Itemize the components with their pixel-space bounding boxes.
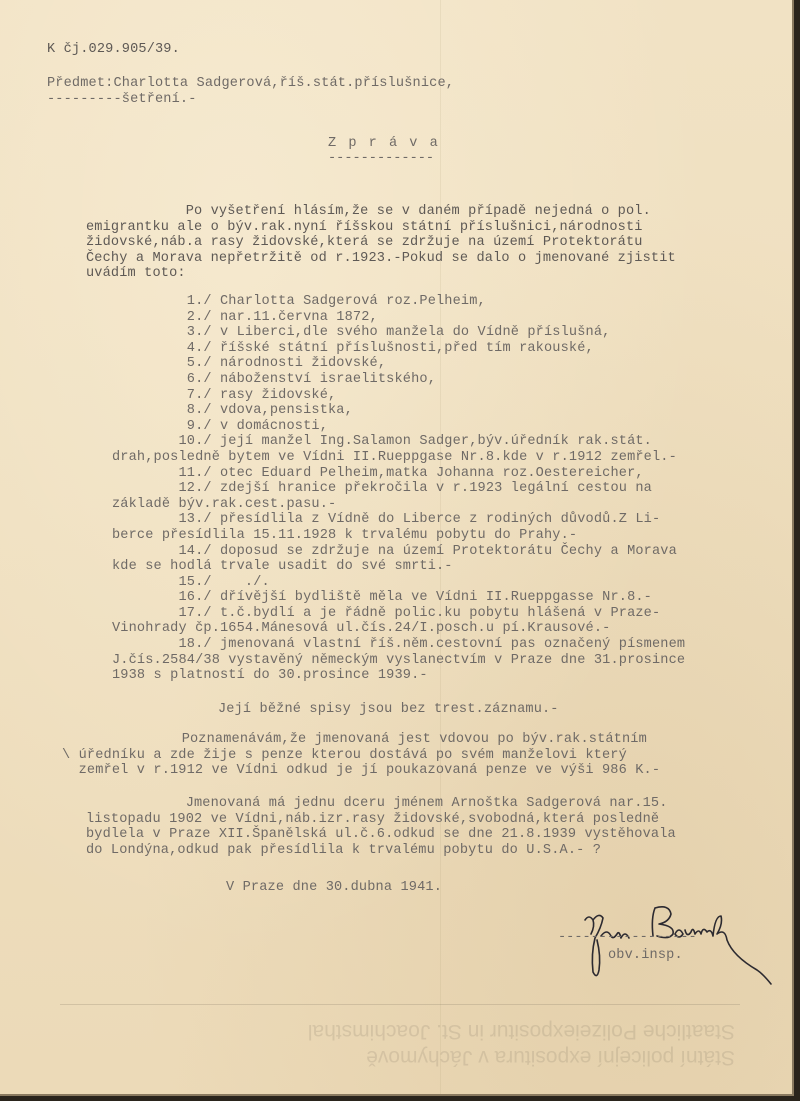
list-line: berce přesídlila 15.11.1928 k trvalému p… [112, 528, 685, 544]
list-line: 14./ doposud se zdržuje na území Protekt… [112, 544, 685, 560]
intro-paragraph: Po vyšetření hlásím,že se v daném případ… [86, 204, 676, 282]
numbered-list: 1./ Charlotta Sadgerová roz.Pelheim, 2./… [112, 294, 685, 684]
paragraph-line: Po vyšetření hlásím,že se v daném případ… [86, 204, 676, 220]
subject-block: Předmet:Charlotta Sadgerová,říš.stát.pří… [47, 76, 454, 107]
list-line: kde se hodlá trvale usadit do své smrti.… [112, 559, 685, 575]
list-line: 6./ náboženství israelitského, [112, 372, 685, 388]
list-line: drah,posledně bytem ve Vídni II.Rueppgas… [112, 450, 685, 466]
list-line: 9./ v domácnosti, [112, 419, 685, 435]
list-line: 4./ říšské státní příslušnosti,před tím … [112, 341, 685, 357]
list-line: 13./ přesídlila z Vídně do Liberce z rod… [112, 512, 685, 528]
list-line: 1938 s platností do 30.prosince 1939.- [112, 668, 685, 684]
list-line: 1./ Charlotta Sadgerová roz.Pelheim, [112, 294, 685, 310]
list-line: 18./ jmenovaná vlastní říš.něm.cestovní … [112, 637, 685, 653]
report-title: Z p r á v a [328, 136, 440, 152]
list-line: 15./ ./. [112, 575, 685, 591]
paragraph-line: Čechy a Morava nepřetržitě od r.1923.-Po… [86, 251, 676, 267]
paragraph-line: do Londýna,odkud pak přesídlila k trvalé… [86, 843, 676, 859]
bleed-line: Staatliche Polizeiexpositur in St. Joach… [95, 1018, 735, 1044]
list-line: 11./ otec Eduard Pelheim,matka Johanna r… [112, 466, 685, 482]
subject-line: ---------šetření.- [47, 92, 454, 108]
title-underline: ------------- [328, 151, 434, 167]
subject-line: Předmet:Charlotta Sadgerová,říš.stát.pří… [47, 76, 454, 92]
list-line: 10./ její manžel Ing.Salamon Sadger,býv.… [112, 434, 685, 450]
list-line: 12./ zdejší hranice překročila v r.1923 … [112, 481, 685, 497]
list-line: 7./ rasy židovské, [112, 388, 685, 404]
paragraph-line: uvádím toto: [86, 266, 676, 282]
list-line: 2./ nar.11.června 1872, [112, 310, 685, 326]
pension-paragraph: Poznamenávám,že jmenovaná jest vdovou po… [62, 732, 660, 779]
list-line: základě býv.rak.cest.pasu.- [112, 497, 685, 513]
document-page: K čj.029.905/39. Předmet:Charlotta Sadge… [0, 0, 794, 1096]
list-line: 5./ národnosti židovské, [112, 356, 685, 372]
list-line: 3./ v Liberci,dle svého manžela do Vídně… [112, 325, 685, 341]
paragraph-line: Poznamenávám,že jmenovaná jest vdovou po… [62, 732, 660, 748]
paragraph-line: bydlela v Praze XII.Španělská ul.č.6.odk… [86, 827, 676, 843]
list-line: 8./ vdova,pensistka, [112, 403, 685, 419]
paragraph-line: emigrantku ale o býv.rak.nyní říšskou st… [86, 220, 676, 236]
signature-dash-line: ----------------- [558, 930, 697, 946]
list-line: J.čís.2584/38 vystavěný německým vyslane… [112, 653, 685, 669]
reverse-stamp-bleed-through: Státní policejní expositura v JáchymověS… [95, 1018, 735, 1070]
list-line: 17./ t.č.bydlí a je řádně polic.ku pobyt… [112, 606, 685, 622]
list-line: Vinohrady čp.1654.Mánesová ul.čís.24/I.p… [112, 621, 685, 637]
bleed-line: Státní policejní expositura v Jáchymově [95, 1044, 735, 1070]
place-and-date: V Praze dne 30.dubna 1941. [226, 880, 442, 896]
reverse-stamp-rule [60, 1004, 740, 1005]
paragraph-line: \ úředníku a zde žije s penze kterou dos… [62, 748, 660, 764]
daughter-paragraph: Jmenovaná má jednu dceru jménem Arnoštka… [86, 796, 676, 858]
reference-number: K čj.029.905/39. [47, 42, 180, 58]
paragraph-line: zemřel v r.1912 ve Vídni odkud je jí pou… [62, 763, 660, 779]
signatory-role: obv.insp. [608, 948, 683, 964]
criminal-record-note: Její běžné spisy jsou bez trest.záznamu.… [218, 702, 559, 718]
paragraph-line: židovské,náb.a rasy židovské,která se zd… [86, 235, 676, 251]
list-line: 16./ dřívější bydliště měla ve Vídni II.… [112, 590, 685, 606]
paragraph-line: listopadu 1902 ve Vídni,náb.izr.rasy žid… [86, 812, 676, 828]
paragraph-line: Jmenovaná má jednu dceru jménem Arnoštka… [86, 796, 676, 812]
